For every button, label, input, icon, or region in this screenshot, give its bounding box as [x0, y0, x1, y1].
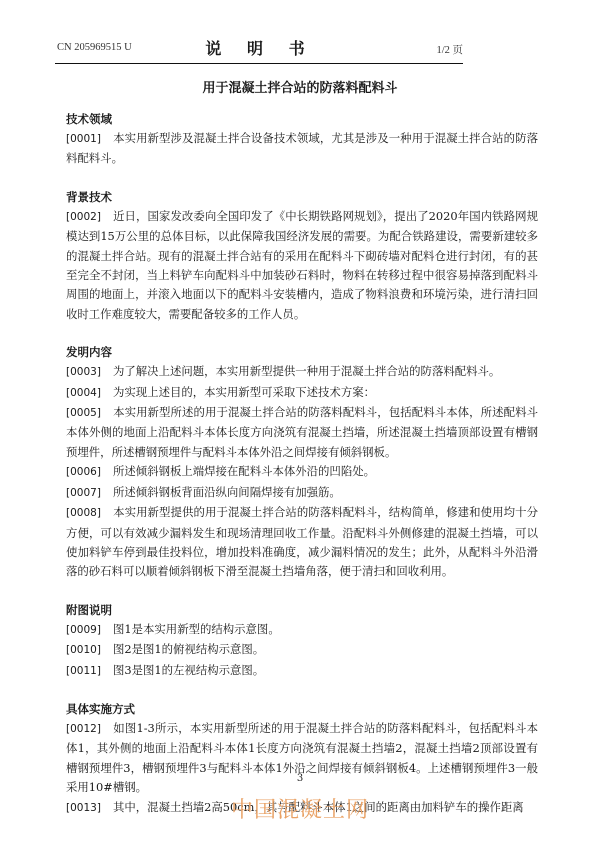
paragraph-number: [0011] [66, 662, 113, 681]
paragraph: [0009]图1是本实用新型的结构示意图。 [66, 620, 538, 640]
section-gap [66, 169, 538, 188]
header-rule [55, 63, 463, 64]
paragraph-text: 所述倾斜钢板上端焊接在配料斗本体外沿的凹陷处。 [113, 464, 375, 478]
paragraph-number: [0002] [66, 208, 113, 227]
paragraph-text: 为实现上述目的，本实用新型可采取下述技术方案： [113, 385, 375, 399]
section-gap [66, 582, 538, 601]
paragraph-text: 图1是本实用新型的结构示意图。 [113, 622, 280, 636]
paragraph-text: 所述倾斜钢板背面沿纵向间隔焊接有加强筋。 [113, 485, 341, 499]
paragraph-text: 为了解决上述问题，本实用新型提供一种用于混凝土拌合站的防落料配料斗。 [113, 364, 500, 378]
paragraph: [0010]图2是图1的俯视结构示意图。 [66, 640, 538, 660]
watermark-logo: 中国混凝土网 [0, 793, 600, 824]
paragraph: [0008]本实用新型提供的用于混凝土拌合站的防落料配料斗，结构简单，修建和使用… [66, 503, 538, 582]
paragraph-text: 本实用新型所述的用于混凝土拌合站的防落料配料斗，包括配料斗本体，所述配料斗本体外… [66, 405, 538, 459]
section-heading: 背景技术 [66, 188, 538, 207]
paragraph: [0004]为实现上述目的，本实用新型可采取下述技术方案： [66, 383, 538, 403]
document-body: 技术领域[0001]本实用新型涉及混凝土拌合设备技术领域，尤其是涉及一种用于混凝… [66, 110, 538, 818]
paragraph-number: [0005] [66, 404, 113, 423]
paragraph: [0003]为了解决上述问题，本实用新型提供一种用于混凝土拌合站的防落料配料斗。 [66, 362, 538, 382]
section-gap [66, 324, 538, 343]
paragraph-number: [0009] [66, 621, 113, 640]
paragraph-number: [0010] [66, 641, 113, 660]
paragraph: [0002]近日，国家发改委向全国印发了《中长期铁路网规划》，提出了2020年国… [66, 207, 538, 324]
paragraph: [0007]所述倾斜钢板背面沿纵向间隔焊接有加强筋。 [66, 483, 538, 503]
paragraph-number: [0004] [66, 384, 113, 403]
section-gap [66, 681, 538, 700]
paragraph-number: [0001] [66, 130, 113, 149]
paragraph: [0006]所述倾斜钢板上端焊接在配料斗本体外沿的凹陷处。 [66, 462, 538, 482]
section-heading: 附图说明 [66, 601, 538, 620]
paragraph-text: 图2是图1的俯视结构示意图。 [113, 642, 264, 656]
paragraph: [0012]如图1-3所示，本实用新型所述的用于混凝土拌合站的防落料配料斗，包括… [66, 719, 538, 798]
paragraph-number: [0012] [66, 720, 113, 739]
paragraph: [0011]图3是图1的左视结构示意图。 [66, 661, 538, 681]
page-header: CN 205969515 U 说 明 书 1/2 页 [57, 36, 463, 62]
doc-type-title: 说 明 书 [57, 36, 463, 59]
page-number: 3 [0, 773, 600, 784]
paragraph-number: [0008] [66, 504, 113, 523]
paragraph-text: 近日，国家发改委向全国印发了《中长期铁路网规划》，提出了2020年国内铁路网规模… [66, 209, 538, 321]
paragraph-text: 本实用新型涉及混凝土拌合设备技术领域，尤其是涉及一种用于混凝土拌合站的防落料配料… [66, 131, 538, 165]
paragraph-text: 本实用新型提供的用于混凝土拌合站的防落料配料斗，结构简单，修建和使用均十分方便，… [66, 505, 538, 578]
section-heading: 发明内容 [66, 343, 538, 362]
paragraph-number: [0003] [66, 363, 113, 382]
paragraph-number: [0007] [66, 484, 113, 503]
section-heading: 技术领域 [66, 110, 538, 129]
paragraph: [0001]本实用新型涉及混凝土拌合设备技术领域，尤其是涉及一种用于混凝土拌合站… [66, 129, 538, 169]
paragraph-text: 图3是图1的左视结构示意图。 [113, 663, 264, 677]
paragraph: [0005]本实用新型所述的用于混凝土拌合站的防落料配料斗，包括配料斗本体，所述… [66, 403, 538, 462]
page-indicator: 1/2 页 [436, 42, 463, 57]
section-heading: 具体实施方式 [66, 700, 538, 719]
paragraph-number: [0006] [66, 463, 113, 482]
document-title: 用于混凝土拌合站的防落料配料斗 [0, 77, 600, 96]
